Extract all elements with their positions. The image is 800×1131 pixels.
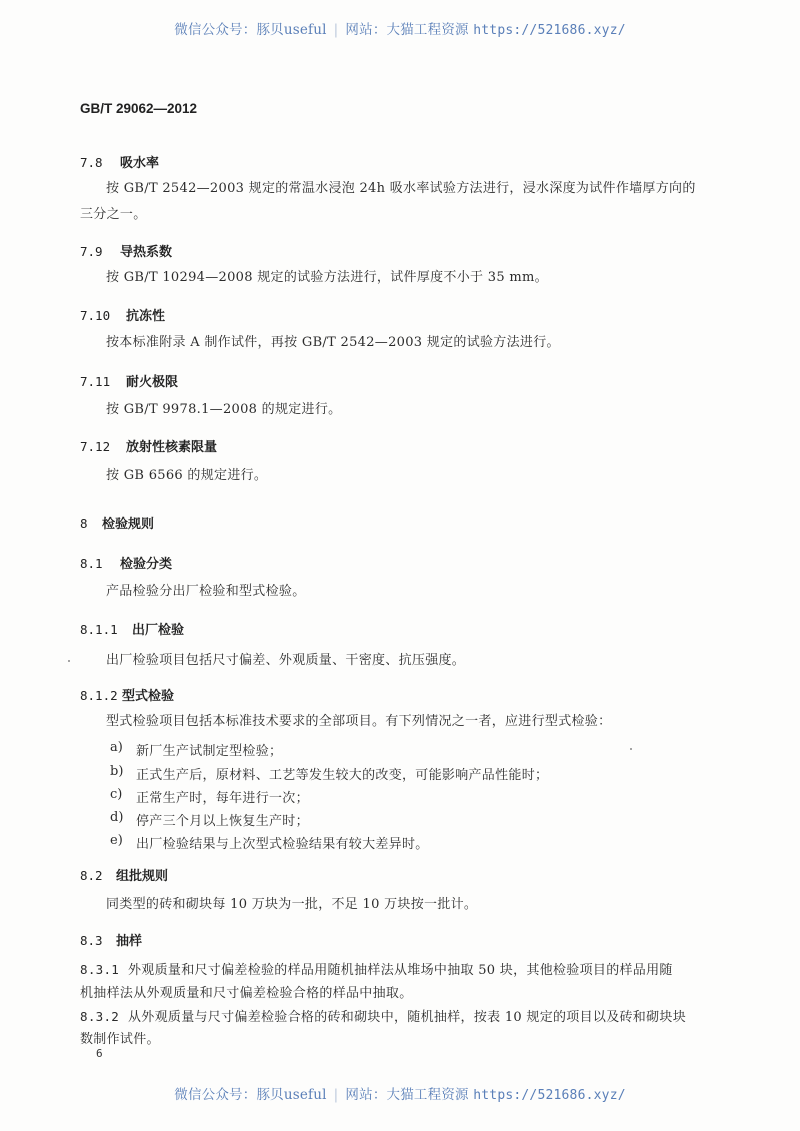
watermark-url[interactable]: https://521686.xyz/ xyxy=(473,1088,626,1103)
watermark-separator: | xyxy=(334,1087,339,1103)
watermark-wechat: 微信公众号：豚贝useful xyxy=(174,1087,326,1103)
list-item-text: 新厂生产试制定型检验； xyxy=(136,740,282,759)
list-item-text: 出厂检验结果与上次型式检验结果有较大差异时。 xyxy=(136,833,429,852)
heading-7-10: 7.10抗冻性 xyxy=(80,305,165,324)
list-item-text: 正式生产后，原材料、工艺等发生较大的改变，可能影响产品性能时； xyxy=(136,764,548,783)
para-8-1: 产品检验分出厂检验和型式检验。 xyxy=(106,583,306,601)
para-8-2: 同类型的砖和砌块每 10 万块为一批，不足 10 万块按一批计。 xyxy=(106,896,477,914)
heading-7-8: 7.8吸水率 xyxy=(80,152,159,171)
heading-7-9: 7.9导热系数 xyxy=(80,241,172,260)
list-item-label: d) xyxy=(110,810,123,825)
watermark-site: 网站：大猫工程资源 xyxy=(345,22,468,38)
watermark-wechat: 微信公众号：豚贝useful xyxy=(174,22,326,38)
list-item-label: e) xyxy=(110,833,123,848)
heading-7-12: 7.12放射性核素限量 xyxy=(80,436,217,455)
watermark-separator: | xyxy=(334,22,339,38)
para-8-3-2-line1: 8.3.2从外观质量与尺寸偏差检验合格的砖和砌块中，随机抽样，按表 10 规定的… xyxy=(80,1008,686,1027)
list-item-text: 停产三个月以上恢复生产时； xyxy=(136,810,309,829)
standard-code: GB/T 29062—2012 xyxy=(80,101,197,116)
heading-8-2: 8.2组批规则 xyxy=(80,865,168,884)
para-8-1-2: 型式检验项目包括本标准技术要求的全部项目。有下列情况之一者，应进行型式检验： xyxy=(106,713,611,731)
page-number: 6 xyxy=(96,1047,103,1060)
para-7-11: 按 GB/T 9978.1—2008 的规定进行。 xyxy=(106,401,341,419)
heading-8-3: 8.3抽样 xyxy=(80,930,142,949)
para-7-12: 按 GB 6566 的规定进行。 xyxy=(106,467,267,485)
para-8-3-1-line1: 8.3.1外观质量和尺寸偏差检验的样品用随机抽样法从堆场中抽取 50 块，其他检… xyxy=(80,961,673,980)
list-item-text: 正常生产时，每年进行一次； xyxy=(136,787,309,806)
para-8-1-1: 出厂检验项目包括尺寸偏差、外观质量、干密度、抗压强度。 xyxy=(106,652,465,670)
list-item-label: c) xyxy=(110,787,122,802)
scan-speck xyxy=(68,660,70,662)
watermark-url[interactable]: https://521686.xyz/ xyxy=(473,23,626,38)
para-7-9: 按 GB/T 10294—2008 规定的试验方法进行，试件厚度不小于 35 m… xyxy=(106,269,548,287)
watermark-site: 网站：大猫工程资源 xyxy=(345,1087,468,1103)
heading-8-1: 8.1检验分类 xyxy=(80,553,172,572)
watermark-bottom: 微信公众号：豚贝useful|网站：大猫工程资源 https://521686.… xyxy=(0,1083,800,1103)
list-item-label: b) xyxy=(110,764,123,779)
scan-speck xyxy=(630,748,632,750)
para-8-3-1-line2: 机抽样法从外观质量和尺寸偏差检验合格的样品中抽取。 xyxy=(80,985,413,1003)
heading-8: 8检验规则 xyxy=(80,513,154,532)
para-8-3-2-line2: 数制作试件。 xyxy=(80,1031,160,1049)
para-7-10: 按本标准附录 A 制作试件，再按 GB/T 2542—2003 规定的试验方法进… xyxy=(106,334,560,352)
para-7-8-line1: 按 GB/T 2542—2003 规定的常温水浸泡 24h 吸水率试验方法进行，… xyxy=(106,180,696,198)
para-7-8-line2: 三分之一。 xyxy=(80,206,147,224)
heading-7-11: 7.11耐火极限 xyxy=(80,371,178,390)
heading-8-1-2: 8.1.2型式检验 xyxy=(80,685,174,704)
watermark-top: 微信公众号：豚贝useful|网站：大猫工程资源 https://521686.… xyxy=(0,18,800,38)
heading-8-1-1: 8.1.1出厂检验 xyxy=(80,619,184,638)
list-item-label: a) xyxy=(110,740,123,755)
